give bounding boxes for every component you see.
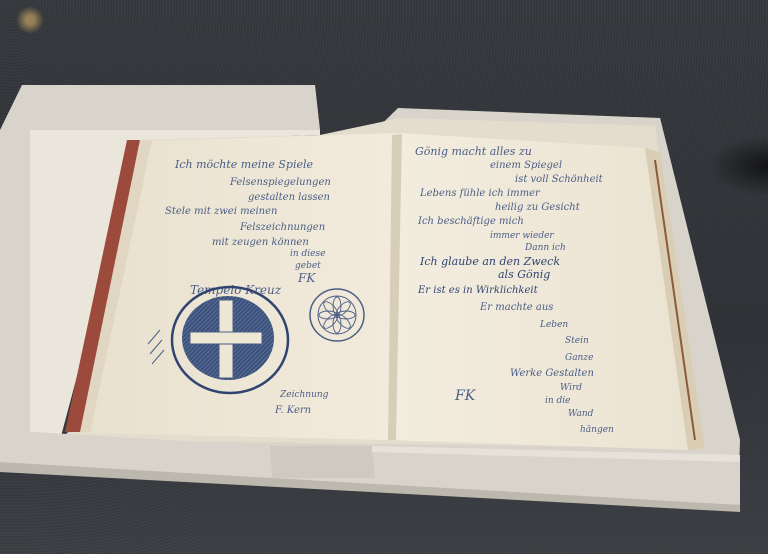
right-line: einem Spiegel (490, 160, 562, 171)
right-line: Stein (565, 336, 589, 346)
left-signature: FK (297, 271, 316, 285)
notebook-in-box-illustration: Ich möchte meine Spiele Felsenspiegelung… (0, 0, 768, 554)
left-line: gestalten lassen (248, 192, 330, 203)
right-signature: FK (454, 388, 477, 404)
left-line: gebet (295, 261, 321, 271)
right-line: Er machte aus (479, 302, 553, 313)
rosette-drawing (310, 289, 364, 341)
right-line: Ich glaube an den Zweck (419, 255, 560, 268)
right-line: ist voll Schönheit (515, 174, 604, 185)
photo-scene: Ich möchte meine Spiele Felsenspiegelung… (0, 0, 768, 554)
right-line: Er ist es in Wirklichkeit (417, 285, 539, 296)
right-line: Gönig macht alles zu (415, 145, 532, 158)
notebook (65, 133, 705, 450)
left-line: Stele mit zwei meinen (165, 206, 277, 217)
left-line: Felsenspiegelungen (229, 177, 331, 188)
right-line: als Gönig (498, 268, 550, 281)
left-line: in diese (290, 249, 325, 259)
right-line: Wird (560, 383, 582, 393)
right-line: Ich beschäftige mich (417, 216, 524, 227)
drawing-caption: Tempelo Kreuz (190, 283, 282, 297)
right-line: in die (545, 396, 571, 406)
left-line: Ich möchte meine Spiele (174, 158, 313, 171)
left-line: mit zeugen können (212, 237, 309, 248)
footnote-line: F. Kern (274, 405, 311, 416)
right-line: Ganze (565, 353, 593, 363)
footnote-line: Zeichnung (279, 390, 329, 400)
right-line: Leben (539, 320, 568, 330)
right-line: hängen (580, 425, 614, 435)
right-line: Wand (568, 409, 594, 419)
right-line: Werke Gestalten (510, 368, 594, 379)
right-line: immer wieder (490, 231, 554, 241)
right-line: Dann ich (524, 243, 566, 253)
left-line: Felszeichnungen (239, 222, 325, 233)
right-line: Lebens fühle ich immer (419, 188, 541, 199)
right-line: heilig zu Gesicht (495, 202, 581, 213)
